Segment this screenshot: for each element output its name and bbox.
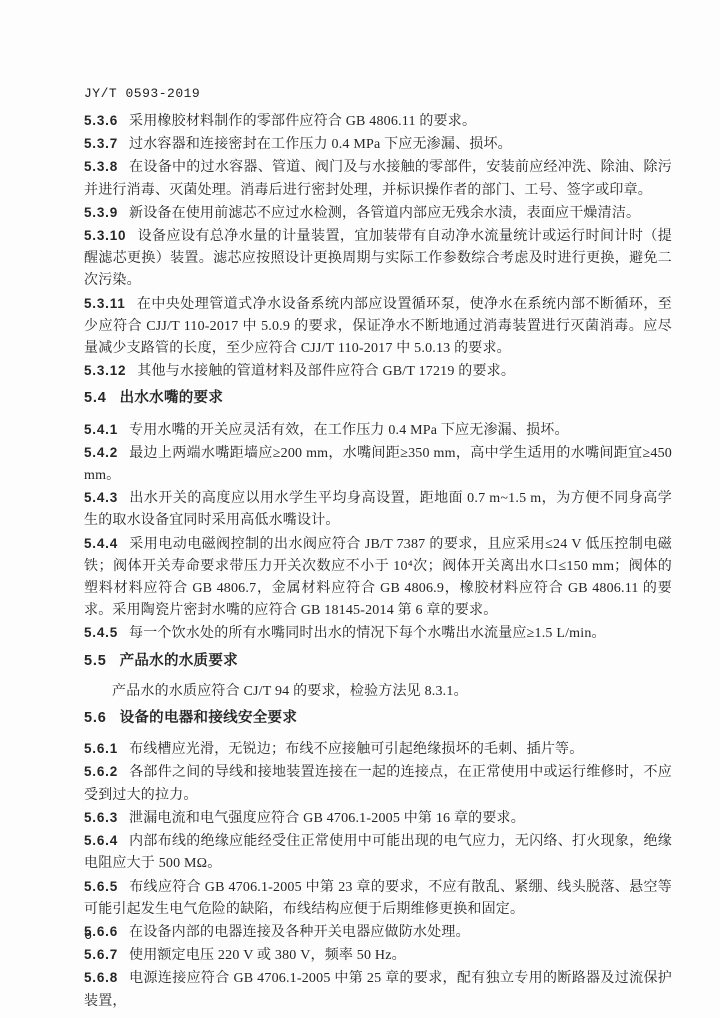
clause-number: 5.3.9 — [84, 205, 118, 220]
clause: 5.6.3泄漏电流和电气强度应符合 GB 4706.1-2005 中第 16 章… — [84, 807, 672, 830]
clause-number: 5.6.4 — [84, 833, 118, 848]
clause-text: 泄漏电流和电气强度应符合 GB 4706.1-2005 中第 16 章的要求。 — [129, 811, 525, 826]
clause-text: 产品水的水质应符合 CJ/T 94 的要求，检验方法见 8.3.1。 — [112, 684, 468, 699]
clause-number: 5.6.2 — [84, 764, 118, 779]
clause-text: 其他与水接触的管道材料及部件应符合 GB/T 17219 的要求。 — [137, 364, 515, 379]
clause-number: 5.3.6 — [84, 113, 118, 128]
clause-number: 5.4.1 — [84, 422, 118, 437]
section-heading: 5.5产品水的水质要求 — [84, 650, 672, 672]
clause: 5.3.6采用橡胶材料制作的零部件应符合 GB 4806.11 的要求。 — [84, 110, 672, 133]
section-title: 出水水嘴的要求 — [120, 390, 224, 406]
clause-text: 布线槽应光滑，无锐边；布线不应接触可引起绝缘损坏的毛刺、插片等。 — [129, 742, 583, 757]
clause-number: 5.6.8 — [84, 970, 118, 985]
clause-number: 5.3.10 — [84, 228, 126, 243]
clause: 5.6.8电源连接应符合 GB 4706.1-2005 中第 25 章的要求，配… — [84, 967, 672, 1012]
document-page: JY/T 0593-2019 5.3.6采用橡胶材料制作的零部件应符合 GB 4… — [0, 0, 720, 1018]
clause-text: 出水开关的高度应以用水学生平均身高设置，距地面 0.7 m~1.5 m，为方便不… — [84, 491, 672, 528]
section-number: 5.6 — [84, 710, 107, 726]
clause-number: 5.6.3 — [84, 810, 118, 825]
clause-text: 在设备中的过水容器、管道、阀门及与水接触的零部件，安装前应经冲洗、除油、除污并进… — [84, 160, 672, 197]
clause-text: 内部布线的绝缘应能经受住正常使用中可能出现的电气应力，无闪络、打火现象，绝缘电阻… — [84, 834, 672, 871]
clause-text: 最边上两端水嘴距墙应≥200 mm，水嘴间距≥350 mm，高中学生适用的水嘴间… — [84, 446, 672, 483]
clause: 5.6.6在设备内部的电器连接及各种开关电器应做防水处理。 — [84, 921, 672, 944]
clause-text: 采用电动电磁阀控制的出水阀应符合 JB/T 7387 的要求，且应采用≤24 V… — [84, 537, 672, 619]
clause-text: 专用水嘴的开关应灵活有效，在工作压力 0.4 MPa 下应无渗漏、损坏。 — [129, 423, 569, 438]
clause: 5.4.2最边上两端水嘴距墙应≥200 mm，水嘴间距≥350 mm，高中学生适… — [84, 442, 672, 487]
clause: 5.6.7使用额定电压 220 V 或 380 V，频率 50 Hz。 — [84, 944, 672, 967]
clause: 5.3.11在中央处理管道式净水设备系统内部应设置循环泵，使净水在系统内部不断循… — [84, 293, 672, 361]
clause-text: 设备应设有总净水量的计量装置，宜加装带有自动净水流量统计或运行时间计时（提醒滤芯… — [84, 229, 672, 288]
section-heading: 5.6设备的电器和接线安全要求 — [84, 707, 672, 729]
clause-text: 新设备在使用前滤芯不应过水检测，各管道内部应无残余水渍，表面应干燥清洁。 — [129, 206, 640, 221]
clause-number: 5.6.7 — [84, 947, 118, 962]
clause: 5.4.5每一个饮水处的所有水嘴同时出水的情况下每个水嘴出水流量应≥1.5 L/… — [84, 622, 672, 645]
section-title: 设备的电器和接线安全要求 — [120, 710, 298, 726]
clause: 5.6.1布线槽应光滑，无锐边；布线不应接触可引起绝缘损坏的毛刺、插片等。 — [84, 738, 672, 761]
standard-code-header: JY/T 0593-2019 — [84, 86, 200, 101]
document-content: 5.3.6采用橡胶材料制作的零部件应符合 GB 4806.11 的要求。5.3.… — [84, 110, 672, 1013]
clause-text: 每一个饮水处的所有水嘴同时出水的情况下每个水嘴出水流量应≥1.5 L/min。 — [129, 626, 606, 641]
clause: 5.6.5布线应符合 GB 4706.1-2005 中第 23 章的要求，不应有… — [84, 876, 672, 921]
clause: 5.6.2各部件之间的导线和接地装置连接在一起的连接点，在正常使用中或运行维修时… — [84, 761, 672, 806]
clause-text: 各部件之间的导线和接地装置连接在一起的连接点，在正常使用中或运行维修时，不应受到… — [84, 765, 672, 802]
clause-number: 5.3.8 — [84, 159, 118, 174]
clause: 5.4.4采用电动电磁阀控制的出水阀应符合 JB/T 7387 的要求，且应采用… — [84, 533, 672, 623]
section-number: 5.4 — [84, 390, 107, 406]
clause-number: 5.4.5 — [84, 625, 118, 640]
section-title: 产品水的水质要求 — [120, 653, 238, 669]
page-number: 6 — [84, 929, 92, 944]
section-heading: 5.4出水水嘴的要求 — [84, 387, 672, 409]
clause-number: 5.4.2 — [84, 445, 118, 460]
clause-text: 采用橡胶材料制作的零部件应符合 GB 4806.11 的要求。 — [129, 114, 476, 129]
clause: 5.3.9新设备在使用前滤芯不应过水检测，各管道内部应无残余水渍，表面应干燥清洁… — [84, 202, 672, 225]
clause-text: 在设备内部的电器连接及各种开关电器应做防水处理。 — [129, 925, 470, 940]
clause-text: 电源连接应符合 GB 4706.1-2005 中第 25 章的要求，配有独立专用… — [84, 971, 672, 1008]
clause-text: 过水容器和连接密封在工作压力 0.4 MPa 下应无渗漏、损坏。 — [129, 137, 512, 152]
clause-text: 使用额定电压 220 V 或 380 V，频率 50 Hz。 — [129, 948, 406, 963]
clause: 5.4.1专用水嘴的开关应灵活有效，在工作压力 0.4 MPa 下应无渗漏、损坏… — [84, 419, 672, 442]
clause: 5.3.8在设备中的过水容器、管道、阀门及与水接触的零部件，安装前应经冲洗、除油… — [84, 156, 672, 201]
clause: 5.3.7过水容器和连接密封在工作压力 0.4 MPa 下应无渗漏、损坏。 — [84, 133, 672, 156]
clause: 5.3.10设备应设有总净水量的计量装置，宜加装带有自动净水流量统计或运行时间计… — [84, 225, 672, 293]
clause: 5.4.3出水开关的高度应以用水学生平均身高设置，距地面 0.7 m~1.5 m… — [84, 487, 672, 532]
clause: 5.6.4内部布线的绝缘应能经受住正常使用中可能出现的电气应力，无闪络、打火现象… — [84, 830, 672, 875]
body-paragraph: 产品水的水质应符合 CJ/T 94 的要求，检验方法见 8.3.1。 — [84, 681, 672, 703]
clause-number: 5.4.3 — [84, 490, 118, 505]
clause-text: 布线应符合 GB 4706.1-2005 中第 23 章的要求，不应有散乱、紧绷… — [84, 880, 672, 917]
clause-number: 5.6.1 — [84, 741, 118, 756]
clause-number: 5.3.11 — [84, 296, 126, 311]
clause-number: 5.3.12 — [84, 363, 126, 378]
clause-number: 5.3.7 — [84, 136, 118, 151]
clause-number: 5.4.4 — [84, 536, 118, 551]
clause-number: 5.6.5 — [84, 879, 118, 894]
section-number: 5.5 — [84, 653, 107, 669]
clause-text: 在中央处理管道式净水设备系统内部应设置循环泵，使净水在系统内部不断循环，至少应符… — [84, 297, 672, 356]
clause: 5.3.12其他与水接触的管道材料及部件应符合 GB/T 17219 的要求。 — [84, 360, 672, 383]
